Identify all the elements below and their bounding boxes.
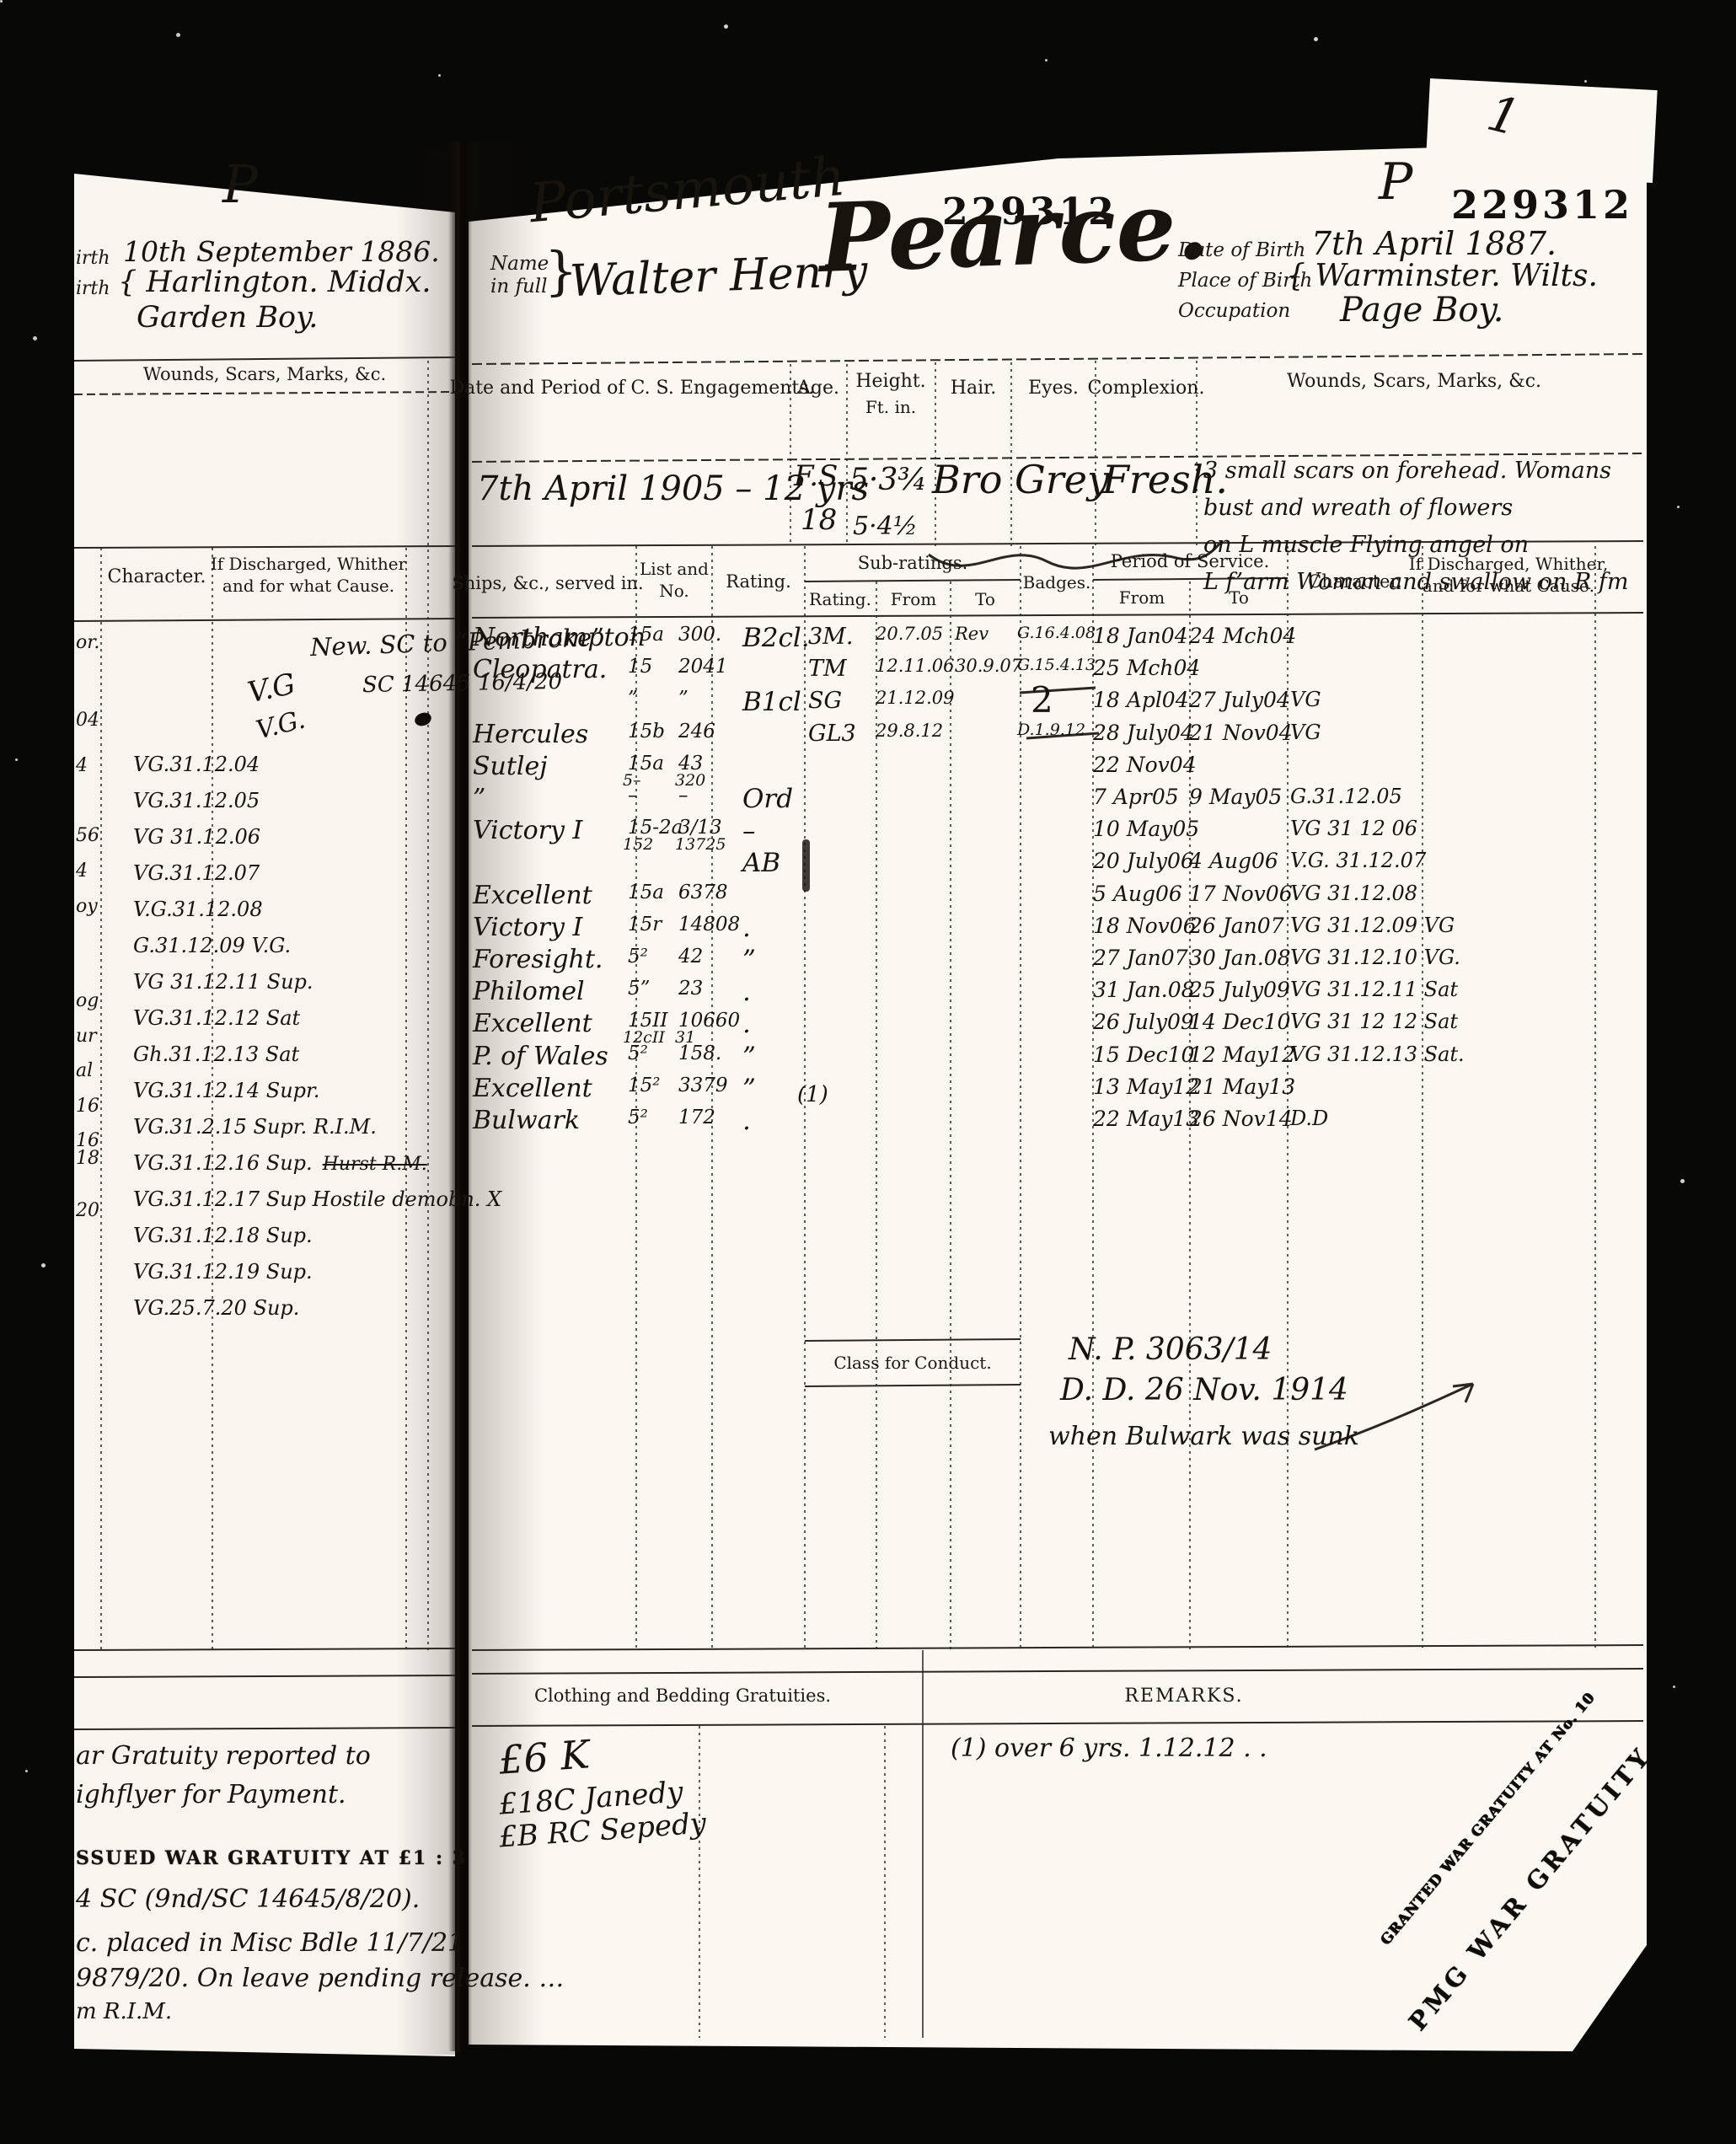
character-entry-row: VG.31.12.16 Sup. Hurst R.M. xyxy=(133,1151,427,1175)
period-to: 30 Jan.08 xyxy=(1189,947,1291,968)
cutoff-text-fragment: 16 xyxy=(76,1096,99,1117)
list-value: 15² xyxy=(628,1076,661,1096)
character-entry-row: VG.31.12.04 xyxy=(133,753,270,776)
number-value: 3379 xyxy=(678,1076,728,1096)
period-header: Period of Service. xyxy=(1111,551,1270,571)
list-value: 15 xyxy=(628,657,652,677)
complexion-header: Complexion. xyxy=(1088,378,1205,399)
period-to-header: To xyxy=(1229,588,1249,608)
subratings-header: Sub-ratings. xyxy=(858,553,968,573)
character-value: VG xyxy=(1290,689,1321,710)
height-value-bottom: 5·4½ xyxy=(853,514,918,539)
number-value: 300. xyxy=(678,625,721,645)
character-value: VG 31 12 12 Sat xyxy=(1290,1011,1458,1032)
height-subheader: Ft. in. xyxy=(865,398,916,417)
period-from: 18 Apl04 xyxy=(1093,689,1189,710)
left-character-header: Character. xyxy=(107,566,206,587)
character-value: VG xyxy=(1290,722,1321,742)
age-value-bottom: 18 xyxy=(801,506,837,534)
ships-header: Ships, &c., served in. xyxy=(452,573,643,593)
list-no-header-2: No. xyxy=(659,582,689,601)
cutoff-text-fragment: 20 xyxy=(76,1200,99,1221)
cutoff-text-fragment: 56 xyxy=(76,825,99,846)
list-value: 15a xyxy=(628,625,664,645)
character-entry-struck: Hurst R.M. xyxy=(323,1154,427,1175)
list-value: 5² xyxy=(628,947,648,967)
subrating-value: TM xyxy=(808,657,847,680)
character-entry-row: VG.31.12.18 Sup. xyxy=(133,1224,323,1247)
number-value: ” xyxy=(678,689,689,709)
height-header: Height. xyxy=(855,371,925,392)
birth-field-value: { Harlington. Middx. xyxy=(118,268,431,297)
period-to: 4 Aug06 xyxy=(1189,850,1278,871)
character-entry-row: VG.31.2.15 Supr. R.I.M. xyxy=(133,1115,387,1139)
birth-field-label: irth xyxy=(76,278,110,299)
number-value: 2041 xyxy=(678,657,728,677)
remarks-header: REMARKS. xyxy=(1124,1686,1243,1707)
cutoff-text-fragment: 04 xyxy=(76,710,99,731)
conduct-note-line: D. D. 26 Nov. 1914 xyxy=(1060,1375,1348,1406)
hair-header: Hair. xyxy=(951,378,996,399)
rating-value: ” xyxy=(742,1076,756,1102)
character-entry: VG.25.7.20 Sup. xyxy=(133,1296,299,1320)
period-to: 21 May13 xyxy=(1189,1076,1295,1097)
gratuity-note-line: 4 SC (9nd/SC 14645/8/20). xyxy=(76,1884,420,1914)
character-entry: VG.31.12.05 xyxy=(133,789,260,812)
character-entry-row: VG.31.12.05 xyxy=(133,789,270,812)
ship-name: ” xyxy=(473,786,485,812)
cutoff-text-fragment: ur xyxy=(76,1026,97,1047)
character-entry: VG.31.12.17 Sup Hostile demobn. X xyxy=(133,1187,501,1211)
list-value: ” xyxy=(628,689,638,709)
period-to: 9 May05 xyxy=(1189,786,1282,807)
character-entry-row: Gh.31.12.13 Sat xyxy=(133,1043,309,1066)
character-entry: VG.31.2.15 Supr. R.I.M. xyxy=(133,1115,377,1139)
wounds-header: Wounds, Scars, Marks, &c. xyxy=(1287,371,1541,392)
gratuity-note-line: SSUED WAR GRATUITY AT £1 : 3 xyxy=(76,1847,467,1869)
character-entry-row: G.31.12.09 V.G. xyxy=(133,934,301,957)
character-entry-row: VG.25.7.20 Sup. xyxy=(133,1296,309,1320)
character-value: V.G. 31.12.07 xyxy=(1290,850,1426,871)
ship-name: Northampton xyxy=(473,625,646,651)
character-entry-row: VG 31.12.11 Sup. xyxy=(133,970,324,994)
list-value: 15b xyxy=(628,722,665,742)
character-entry: VG 31.12.11 Sup. xyxy=(133,970,313,994)
ship-name: Cleopatra. xyxy=(473,657,607,683)
character-entry: VG.31.12.14 Supr. xyxy=(133,1079,320,1102)
character-entry-row: VG.31.12.19 Sup. xyxy=(133,1260,323,1284)
subrating-value: 3M. xyxy=(808,625,853,648)
number-value: 246 xyxy=(678,722,715,742)
ship-name: Foresight. xyxy=(473,947,603,973)
conduct-note-line: N. P. 3063/14 xyxy=(1069,1335,1272,1365)
badge-value: 2 xyxy=(1031,683,1053,718)
ship-name: Philomel xyxy=(473,979,585,1005)
character-entry: VG.31.12.16 Sup. xyxy=(133,1151,313,1175)
gratuity-note-line: m R.I.M. xyxy=(76,1999,172,2024)
ship-name: P. of Wales xyxy=(473,1044,608,1069)
subrating-value: GL3 xyxy=(808,722,856,745)
cutoff-text-fragment: or. xyxy=(76,632,99,653)
official-number-corner: 229312 xyxy=(1451,182,1633,228)
period-from: 28 July04 xyxy=(1093,722,1194,743)
forenames-script: Walter Henry xyxy=(569,249,868,303)
birth-field-value: 10th September 1886. xyxy=(123,238,440,265)
bio-value: 7th April 1887. xyxy=(1311,228,1557,260)
period-from: 22 May13 xyxy=(1093,1108,1199,1129)
class-for-conduct-label: Class for Conduct. xyxy=(833,1353,991,1373)
character-entry: VG.31.12.04 xyxy=(133,753,260,776)
subrating-to: Rev xyxy=(955,625,989,643)
period-from: 27 Jan07 xyxy=(1093,947,1188,968)
list-value: 15r xyxy=(628,915,662,935)
character-entry: VG.31.12.19 Sup. xyxy=(133,1260,313,1284)
character-value: VG 31.12.13 Sat. xyxy=(1290,1044,1465,1064)
list-value: 5” xyxy=(628,979,650,999)
ship-name: Excellent xyxy=(473,1011,592,1037)
number-value: 172 xyxy=(678,1108,715,1128)
number-value: – xyxy=(678,786,689,806)
subrating-from-header: From xyxy=(891,590,936,609)
character-value: VG 31 12 06 xyxy=(1290,818,1417,839)
period-from: 31 Jan.08 xyxy=(1093,979,1195,1000)
period-to: 14 Dec10 xyxy=(1189,1011,1290,1032)
period-to: 27 July04 xyxy=(1189,689,1290,710)
wounds-line: 3 small scars on forehead. Womans xyxy=(1203,459,1611,482)
number-value: 158. xyxy=(678,1044,721,1064)
character-value: G.31.12.05 xyxy=(1290,786,1402,807)
character-header: Character. xyxy=(1308,571,1402,592)
rating-value: . xyxy=(742,1011,751,1037)
cutoff-text-fragment: 4 xyxy=(76,860,88,882)
remarks-note: (1) over 6 yrs. 1.12.12 . . xyxy=(951,1736,1267,1761)
character-entry-row: VG.31.12.07 xyxy=(133,861,270,885)
corner-monogram-p-icon: P xyxy=(1379,157,1412,207)
ink-smear xyxy=(802,839,810,892)
bio-value: { Warminster. Wilts. xyxy=(1286,261,1598,292)
subrating-from: 21.12.09 xyxy=(876,689,955,707)
surname-script: Pearce. xyxy=(817,179,1210,287)
period-from: 25 Mch04 xyxy=(1093,657,1200,678)
conduct-note-line: (1) xyxy=(797,1084,828,1106)
badge-value: G.16.4.08 xyxy=(1017,625,1096,641)
character-value: VG 31.12.11 Sat xyxy=(1290,979,1458,1000)
rating-value: – xyxy=(742,818,756,844)
cutoff-text-fragment: al xyxy=(76,1060,93,1081)
birth-field-value: Garden Boy. xyxy=(137,303,318,333)
subrating-rating-header: Rating. xyxy=(809,590,871,609)
period-from-header: From xyxy=(1119,588,1165,608)
left-discharged-header: If Discharged, Whither xyxy=(211,555,406,574)
character-entry-row: VG.31.12.17 Sup Hostile demobn. X xyxy=(133,1187,512,1211)
character-entry-row: VG.31.12.12 Sat xyxy=(133,1006,310,1030)
left-wounds-header: Wounds, Scars, Marks, &c. xyxy=(143,364,386,384)
period-to: 21 Nov04 xyxy=(1189,722,1293,743)
character-value: VG 31.12.09 VG xyxy=(1290,915,1455,935)
period-to: 17 Nov06 xyxy=(1189,883,1293,904)
period-from: 10 May05 xyxy=(1093,818,1199,839)
service-row: Bulwark 5² 172 . 22 May13 26 Nov14 D.D xyxy=(459,1108,1648,1144)
birth-field-label: irth xyxy=(76,248,110,269)
period-to: 12 May12 xyxy=(1189,1044,1295,1065)
discharged-header: If Discharged, Whither, xyxy=(1409,555,1608,574)
rating-header: Rating. xyxy=(726,571,791,592)
character-entry-row: VG 31.12.06 xyxy=(133,825,271,849)
period-from: 18 Nov06 xyxy=(1093,915,1197,936)
period-to: 26 Jan07 xyxy=(1189,915,1284,936)
name-label: Name xyxy=(490,253,549,275)
badge-value: G.15.4.13 xyxy=(1017,657,1096,673)
badges-header: Badges. xyxy=(1023,573,1091,592)
rating-value: ” xyxy=(742,1044,756,1070)
rating-value: . xyxy=(742,915,751,941)
character-entry: Gh.31.12.13 Sat xyxy=(133,1043,299,1066)
gratuity-note-line: ar Gratuity reported to xyxy=(76,1741,371,1771)
character-value: VG 31.12.10 VG. xyxy=(1290,947,1460,967)
conduct-note-line: when Bulwark was sunk xyxy=(1048,1424,1359,1450)
height-value-top: 5·3¾ xyxy=(849,465,927,496)
subrating-to: 30.9.07 xyxy=(955,657,1022,675)
bio-label: Occupation xyxy=(1178,300,1290,322)
character-value: D.D xyxy=(1290,1108,1328,1128)
age-header: Age. xyxy=(797,378,839,399)
bio-value: Page Boy. xyxy=(1340,293,1503,327)
character-value: VG 31.12.08 xyxy=(1290,883,1417,903)
period-to: 25 July09 xyxy=(1189,979,1290,1000)
character-entry-row: VG.31.12.14 Supr. xyxy=(133,1079,330,1102)
subrating-from: 29.8.12 xyxy=(876,722,943,740)
clothing-entry: £6 K xyxy=(497,1731,591,1782)
ship-name: Victory I xyxy=(473,915,582,941)
engagements-header: Date and Period of C. S. Engagements. xyxy=(449,378,814,399)
number-value: 42 xyxy=(678,947,703,967)
character-entry: VG 31.12.06 xyxy=(133,825,260,849)
badge-value: D.1.9.12 xyxy=(1017,722,1085,738)
character-entry-row: V.G.31.12.08 xyxy=(133,898,273,921)
ship-name: Victory I xyxy=(473,818,582,844)
wounds-line: bust and wreath of flowers xyxy=(1203,496,1513,519)
cutoff-text-fragment: 4 xyxy=(76,755,88,776)
left-annotation: V.G xyxy=(245,669,297,707)
number-value: 6378 xyxy=(678,883,728,903)
cutoff-text-fragment: oy xyxy=(76,896,98,917)
left-monogram-p-icon: P xyxy=(222,158,258,211)
discharged-header-2: and for what Cause. xyxy=(1423,576,1594,596)
cutoff-text-fragment: 18 xyxy=(76,1148,99,1169)
left-discharged-header-2: and for what Cause. xyxy=(222,576,394,596)
subrating-from: 12.11.06 xyxy=(876,657,955,675)
age-value-top: F.S. xyxy=(794,462,846,490)
gratuity-note-line: ighflyer for Payment. xyxy=(76,1780,346,1809)
rating-value: B1cl xyxy=(742,689,801,716)
subrating-value: SG xyxy=(808,689,842,712)
character-entry: VG.31.12.18 Sup. xyxy=(133,1224,313,1247)
rating-value: AB xyxy=(742,850,780,876)
period-from: 22 Nov04 xyxy=(1093,754,1197,775)
service-row: Sutlej 15a 43 5– 320 22 Nov04 xyxy=(459,754,1648,790)
rating-value: . xyxy=(742,979,751,1005)
list-value: 5² xyxy=(628,1108,648,1128)
period-to: 26 Nov14 xyxy=(1189,1108,1293,1129)
period-from: 18 Jan04 xyxy=(1093,625,1188,646)
eyes-value: Grey xyxy=(1015,460,1109,499)
hair-value: Bro xyxy=(932,460,1003,499)
service-row: Victory I 15-2a 3/13 152 13725 – 10 May0… xyxy=(459,818,1648,854)
ship-name: Excellent xyxy=(473,883,592,909)
period-from: 13 May12 xyxy=(1093,1076,1199,1097)
character-entry: VG.31.12.12 Sat xyxy=(133,1006,300,1030)
rating-value: ” xyxy=(742,947,756,973)
ship-name: Hercules xyxy=(473,722,588,748)
ship-name: Excellent xyxy=(473,1076,592,1101)
period-from: 26 July09 xyxy=(1093,1011,1194,1032)
eyes-header: Eyes. xyxy=(1028,378,1079,399)
clothing-gratuities-header: Clothing and Bedding Gratuities. xyxy=(534,1686,831,1706)
list-value: 5² xyxy=(628,1044,648,1064)
list-value: 15a xyxy=(628,883,664,903)
period-to: 24 Mch04 xyxy=(1189,625,1296,646)
character-entry: G.31.12.09 V.G. xyxy=(133,934,291,957)
period-from: 7 Apr05 xyxy=(1093,786,1179,807)
gratuity-note-line: c. placed in Misc Bdle 11/7/21 xyxy=(76,1928,463,1958)
gratuity-note-line: 9879/20. On leave pending release. … xyxy=(76,1964,564,1993)
rating-value: . xyxy=(742,1108,751,1134)
list-value: – xyxy=(628,786,638,806)
number-value: 14808 xyxy=(678,915,740,935)
rating-value: B2cl. xyxy=(742,625,810,651)
list-no-header: List and xyxy=(640,560,709,579)
character-entry: V.G.31.12.08 xyxy=(133,898,263,921)
scanned-service-record: P irthirth 10th September 1886.{ Harling… xyxy=(0,0,1736,2144)
period-from: 15 Dec10 xyxy=(1093,1044,1194,1065)
period-from: 5 Aug06 xyxy=(1093,883,1182,904)
cutoff-text-fragment: og xyxy=(76,990,99,1011)
ship-name: Bulwark xyxy=(473,1108,580,1134)
character-entry: VG.31.12.07 xyxy=(133,861,260,885)
ship-name: Sutlej xyxy=(473,754,548,780)
number-value: 23 xyxy=(678,979,703,999)
rating-value: Ord xyxy=(742,786,793,812)
subrating-to-header: To xyxy=(975,590,995,609)
name-label-2: in full xyxy=(490,276,548,297)
period-from: 20 July06 xyxy=(1093,850,1194,871)
subrating-from: 20.7.05 xyxy=(876,625,943,643)
